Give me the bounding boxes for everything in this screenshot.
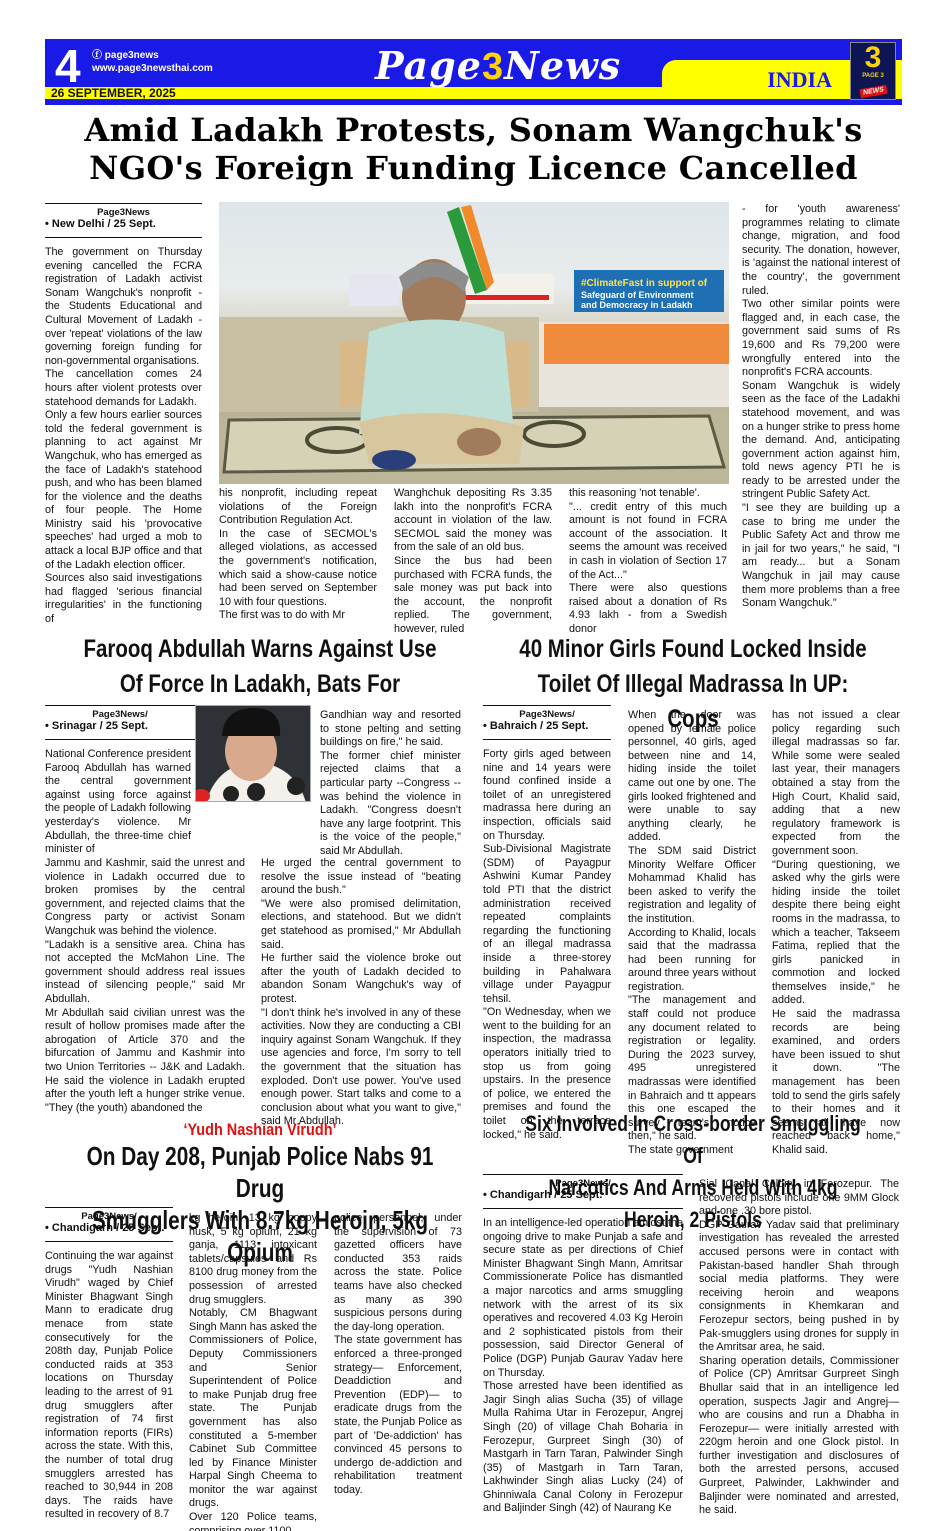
- paragraph: The cancellation comes 24 hours after vi…: [45, 368, 202, 409]
- svg-text:#ClimateFast in support of: #ClimateFast in support of: [581, 278, 708, 289]
- website-link[interactable]: www.page3newsthai.com: [92, 62, 213, 75]
- paragraph: The SDM said District Minority Welfare O…: [628, 845, 756, 927]
- madrassa-col3: has not issued a clear policy regarding …: [772, 709, 900, 1158]
- masthead: 4 ⓕ page3news www.page3newsthai.com 26 S…: [45, 39, 902, 105]
- lead-dateline: • New Delhi / 25 Sept.: [45, 218, 202, 231]
- svg-text:and Democracy in Ladakh: and Democracy in Ladakh: [581, 300, 693, 310]
- paragraph: Sial Canal Colony in Ferozepur. The reco…: [699, 1178, 899, 1219]
- logo-text-3: 3: [482, 46, 504, 88]
- paragraph: Wanghchuk depositing Rs 3.35 lakh into t…: [394, 487, 552, 555]
- punjab-col2: kg heroin, 13 kg poppy husk, 5 kg opium,…: [189, 1212, 317, 1531]
- paragraph: The first was to do with Mr: [219, 609, 377, 623]
- paragraph: Gandhian way and resorted to stone pelti…: [320, 709, 461, 750]
- badge-label: PAGE 3: [851, 73, 895, 80]
- paragraph: this reasoning 'not tenable'.: [569, 487, 727, 501]
- paragraph: his nonprofit, including repeat violatio…: [219, 487, 377, 528]
- paragraph: Continuing the war against drugs "Yudh N…: [45, 1250, 173, 1522]
- paragraph: Notably, CM Bhagwant Singh Mann has aske…: [189, 1307, 317, 1511]
- lead-story-col4: this reasoning 'not tenable'. "... credi…: [569, 487, 727, 637]
- paragraph: kg heroin, 13 kg poppy husk, 5 kg opium,…: [189, 1212, 317, 1307]
- paragraph: Only a few hours earlier sources told th…: [45, 409, 202, 572]
- lead-dateline-box: Page3News • New Delhi / 25 Sept.: [45, 203, 202, 238]
- lead-story-col5: - for 'youth awareness' programmes relat…: [742, 203, 900, 611]
- paragraph: Sonam Wangchuk is widely seen as the fac…: [742, 380, 900, 502]
- lead-headline-line2: NGO's Foreign Funding Licence Cancelled: [45, 149, 902, 187]
- paragraph: Forty girls aged between nine and 14 yea…: [483, 748, 611, 843]
- punjab-kicker: ‘Yudh Nashian Virudh’: [73, 1120, 447, 1140]
- badge-number: 3: [851, 43, 895, 73]
- logo-text-page: Page: [375, 43, 482, 88]
- smuggling-col1: Page3News/ • Chandigarh / 25 Sept. In an…: [483, 1174, 683, 1516]
- madrassa-col2: When the door was opened by female polic…: [628, 709, 756, 1158]
- paragraph: has not issued a clear policy regarding …: [772, 709, 900, 859]
- lead-source: Page3News: [45, 207, 202, 218]
- paragraph: "I don't think he's involved in any of t…: [261, 1007, 461, 1129]
- paragraph: police personnel, under the supervision …: [334, 1212, 462, 1334]
- farooq-abdullah-photo: [195, 705, 311, 802]
- paragraph: Two other similar points were flagged an…: [742, 298, 900, 380]
- lead-story-col1: Page3News • New Delhi / 25 Sept. The gov…: [45, 203, 202, 627]
- lead-photo-wangchuk: #ClimateFast in support of Safeguard of …: [219, 202, 729, 484]
- social-handle[interactable]: page3news: [105, 50, 159, 61]
- farooq-col2-bottom: He urged the central government to resol…: [261, 857, 461, 1129]
- issue-date: 26 SEPTEMBER, 2025: [51, 86, 176, 100]
- paragraph: - for 'youth awareness' programmes relat…: [742, 203, 900, 298]
- madrassa-dateline: • Bahraich / 25 Sept.: [483, 720, 611, 733]
- page3news-logo: Page3News: [375, 45, 621, 88]
- paragraph: Sub-Divisional Magistrate (SDM) of Payag…: [483, 843, 611, 1006]
- farooq-col1-top: Page3News/ • Srinagar / 25 Sept. Nationa…: [45, 705, 191, 857]
- paragraph: According to Khalid, locals said that th…: [628, 927, 756, 995]
- paragraph: Since the bus had been purchased with FC…: [394, 555, 552, 637]
- smuggling-dateline-box: Page3News/ • Chandigarh / 25 Sept.: [483, 1174, 683, 1209]
- paragraph: Over 120 Police teams, comprising over 1…: [189, 1511, 317, 1531]
- farooq-dateline-box: Page3News/ • Srinagar / 25 Sept.: [45, 705, 195, 740]
- paragraph: He further said the violence broke out a…: [261, 952, 461, 1006]
- punjab-col3: police personnel, under the supervision …: [334, 1212, 462, 1497]
- svg-text:Safeguard of Environment: Safeguard of Environment: [581, 290, 694, 300]
- smuggling-dateline: • Chandigarh / 25 Sept.: [483, 1189, 683, 1202]
- paragraph: The former chief minister rejected claim…: [320, 750, 461, 859]
- punjab-dateline: • Chandigarh / 25 Sept.: [45, 1222, 173, 1235]
- edition-label: INDIA: [767, 67, 832, 93]
- paragraph: Sharing operation details, Commissioner …: [699, 1355, 899, 1518]
- paragraph: "I see they are building up a case to br…: [742, 502, 900, 611]
- paragraph: "We were also promised delimitation, ele…: [261, 898, 461, 952]
- logo-text-news: News: [504, 43, 621, 88]
- farooq-col1-bottom: Jammu and Kashmir, said the unrest and v…: [45, 857, 245, 1115]
- madrassa-col1: Page3News/ • Bahraich / 25 Sept. Forty g…: [483, 705, 611, 1142]
- page3-badge-logo: 3 PAGE 3 NEWS: [850, 42, 896, 100]
- paragraph: National Conference president Farooq Abd…: [45, 748, 191, 857]
- smuggling-headline-line1: Six Involved In Cross-border Smuggling O…: [521, 1108, 865, 1172]
- lead-story-col2: his nonprofit, including repeat violatio…: [219, 487, 377, 623]
- paragraph: Sources also said investigations had fla…: [45, 572, 202, 626]
- madrassa-headline-line1: 40 Minor Girls Found Locked Inside: [517, 632, 870, 667]
- lead-headline-line1: Amid Ladakh Protests, Sonam Wangchuk's: [45, 111, 902, 149]
- paragraph: Jammu and Kashmir, said the unrest and v…: [45, 857, 245, 939]
- madrassa-dateline-box: Page3News/ • Bahraich / 25 Sept.: [483, 705, 611, 740]
- paragraph: "... credit entry of this much amount is…: [569, 501, 727, 583]
- paragraph: "During questioning, we asked why the gi…: [772, 859, 900, 1009]
- madrassa-source: Page3News/: [483, 709, 611, 720]
- social-links: ⓕ page3news www.page3newsthai.com: [92, 49, 213, 75]
- paragraph: "Ladakh is a sensitive area. China has n…: [45, 939, 245, 1007]
- lead-headline: Amid Ladakh Protests, Sonam Wangchuk's N…: [45, 111, 902, 187]
- lead-story-col3: Wanghchuk depositing Rs 3.35 lakh into t…: [394, 487, 552, 637]
- paragraph: In an intelligence-led operation amidst …: [483, 1217, 683, 1380]
- punjab-col1: Page3News/ • Chandigarh / 25 Sept. Conti…: [45, 1207, 173, 1522]
- punjab-dateline-box: Page3News/ • Chandigarh / 25 Sept.: [45, 1207, 173, 1242]
- paragraph: In the case of SECMOL's alleged violatio…: [219, 528, 377, 610]
- photo-illustration: [196, 706, 311, 802]
- paragraph: DGP Gaurav Yadav said that preliminary i…: [699, 1219, 899, 1355]
- paragraph: When the door was opened by female polic…: [628, 709, 756, 845]
- paragraph: Mr Abdullah said civilian unrest was the…: [45, 1007, 245, 1116]
- badge-news-tag: NEWS: [859, 85, 887, 99]
- punjab-headline-line1: On Day 208, Punjab Police Nabs 91 Drug: [84, 1140, 436, 1204]
- paragraph: The state government has enforced a thre…: [334, 1334, 462, 1497]
- photo-illustration: #ClimateFast in support of Safeguard of …: [219, 202, 729, 484]
- newspaper-page: 4 ⓕ page3news www.page3newsthai.com 26 S…: [45, 39, 902, 187]
- paragraph: The government on Thursday evening cance…: [45, 246, 202, 368]
- page-number: 4: [55, 43, 81, 89]
- facebook-icon: ⓕ: [92, 50, 105, 61]
- paragraph: Those arrested have been identified as J…: [483, 1380, 683, 1516]
- farooq-headline-line1: Farooq Abdullah Warns Against Use: [80, 632, 441, 667]
- farooq-col2-top: Gandhian way and resorted to stone pelti…: [320, 709, 461, 859]
- smuggling-source: Page3News/: [483, 1178, 683, 1189]
- farooq-source: Page3News/: [45, 709, 195, 720]
- paragraph: He urged the central government to resol…: [261, 857, 461, 898]
- punjab-source: Page3News/: [45, 1211, 173, 1222]
- smuggling-col2: Sial Canal Colony in Ferozepur. The reco…: [699, 1178, 899, 1518]
- paragraph: There were also questions raised about a…: [569, 582, 727, 636]
- farooq-dateline: • Srinagar / 25 Sept.: [45, 720, 195, 733]
